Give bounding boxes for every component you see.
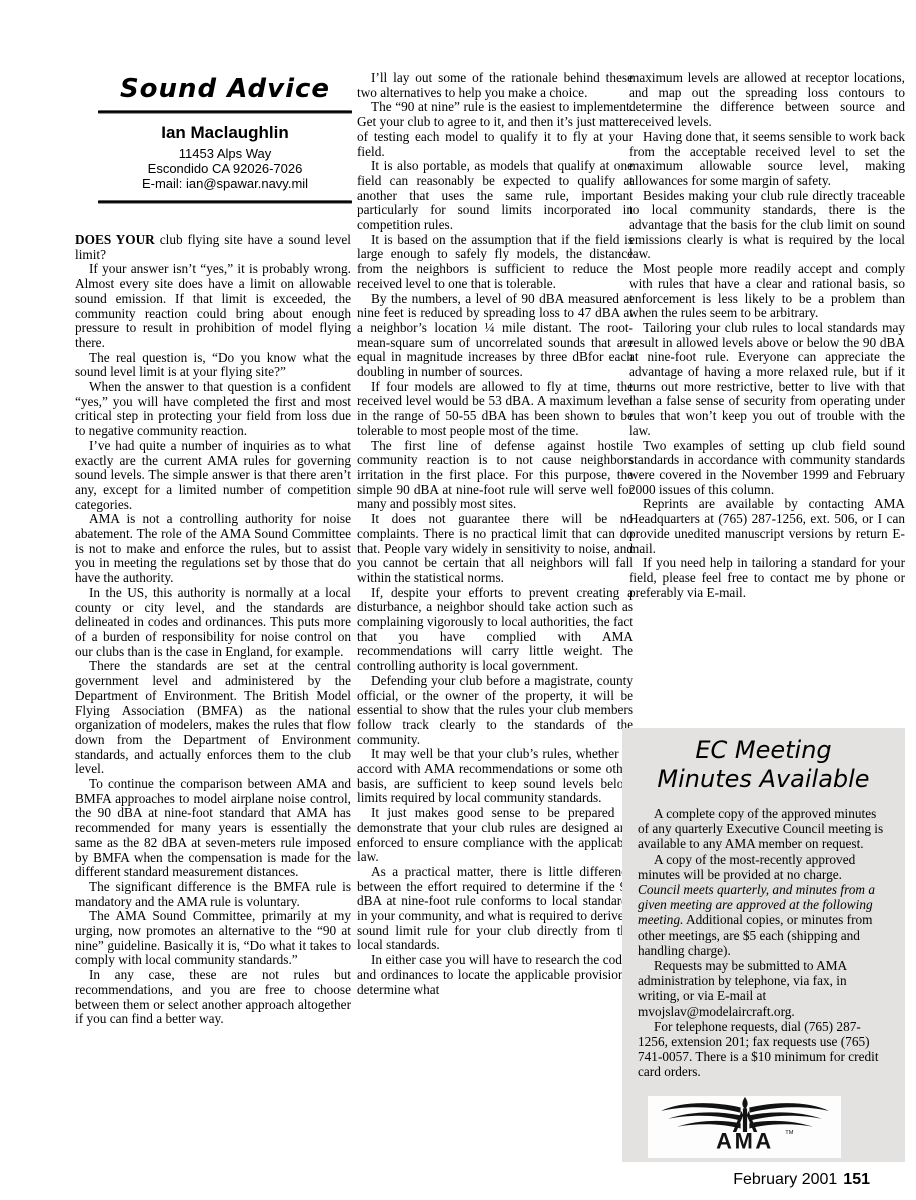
ec-title-line1: EC Meeting	[695, 736, 831, 764]
column-title: Sound Advice	[98, 74, 352, 104]
ec-paragraph-1: A complete copy of the approved minutes …	[638, 806, 887, 852]
masthead-rule-top	[98, 110, 352, 114]
column-3-flow: maximum levels are allowed at receptor l…	[629, 71, 905, 600]
article-paragraph: I’ll lay out some of the rationale behin…	[357, 71, 633, 100]
article-paragraph: Tailoring your club rules to local stand…	[629, 321, 905, 439]
article-paragraph: The AMA Sound Committee, primarily at my…	[75, 909, 351, 968]
ec-title-line2: Minutes Available	[657, 765, 869, 793]
article-paragraph: maximum levels are allowed at receptor l…	[629, 71, 905, 130]
ec-minutes-title: EC Meeting Minutes Available	[622, 736, 905, 794]
article-paragraph: There the standards are set at the centr…	[75, 659, 351, 777]
article-paragraph: If four models are allowed to fly at tim…	[357, 380, 633, 439]
article-column-3: maximum levels are allowed at receptor l…	[629, 71, 905, 600]
article-paragraph: Defending your club before a magistrate,…	[357, 674, 633, 748]
article-paragraph: It is based on the assumption that if th…	[357, 233, 633, 292]
article-paragraph: It just makes good sense to be prepared …	[357, 806, 633, 865]
author-street: 11453 Alps Way	[98, 146, 352, 161]
ec-minutes-body: A complete copy of the approved minutes …	[622, 806, 905, 1080]
article-paragraph: By the numbers, a level of 90 dBA measur…	[357, 292, 633, 380]
article-paragraph: When the answer to that question is a co…	[75, 380, 351, 439]
article-paragraph: To continue the comparison between AMA a…	[75, 777, 351, 880]
article-paragraph: If you need help in tailoring a standard…	[629, 556, 905, 600]
article-column-2: I’ll lay out some of the rationale behin…	[357, 71, 633, 997]
lead-bold-text: DOES YOUR	[75, 232, 155, 247]
ec-paragraph-4: For telephone requests, dial (765) 287-1…	[638, 1019, 887, 1080]
footer-page-number: 151	[843, 1171, 870, 1188]
column-2-flow: I’ll lay out some of the rationale behin…	[357, 71, 633, 997]
ama-wings-logo-icon: AMA TM	[657, 1097, 833, 1158]
ama-logo-tm: TM	[785, 1129, 793, 1135]
article-paragraph: In any case, these are not rules but rec…	[75, 968, 351, 1027]
article-paragraph: In the US, this authority is normally at…	[75, 586, 351, 660]
masthead-rule-bottom	[98, 200, 352, 204]
page-footer: February 2001151	[733, 1171, 870, 1189]
article-paragraph: Having done that, it seems sensible to w…	[629, 130, 905, 189]
article-paragraph: Most people more readily accept and comp…	[629, 262, 905, 321]
ec-minutes-box: EC Meeting Minutes Available A complete …	[622, 728, 905, 1162]
ec-paragraph-3: Requests may be submitted to AMA adminis…	[638, 958, 887, 1019]
magazine-page: Sound Advice Ian Maclaughlin 11453 Alps …	[0, 0, 916, 1200]
author-email: E-mail: ian@spawar.navy.mil	[98, 176, 352, 191]
article-paragraph: As a practical matter, there is little d…	[357, 865, 633, 953]
article-paragraph: If your answer isn’t “yes,” it is probab…	[75, 262, 351, 350]
ec-paragraph-2: A copy of the most-recently approved min…	[638, 852, 887, 958]
author-city: Escondido CA 92026-7026	[98, 161, 352, 176]
article-paragraph: Two examples of setting up club field so…	[629, 439, 905, 498]
article-paragraph: It does not guarantee there will be no c…	[357, 512, 633, 586]
article-paragraph: It may well be that your club’s rules, w…	[357, 747, 633, 806]
article-paragraph: The real question is, “Do you know what …	[75, 351, 351, 380]
article-paragraph: The “90 at nine” rule is the easiest to …	[357, 100, 633, 159]
article-paragraph: In either case you will have to research…	[357, 953, 633, 997]
ec-p2-pre: A copy of the most-recently approved min…	[638, 852, 855, 882]
article-paragraph: The first line of defense against hostil…	[357, 439, 633, 513]
author-name: Ian Maclaughlin	[98, 123, 352, 143]
article-paragraph: AMA is not a controlling authority for n…	[75, 512, 351, 586]
column-1-flow: If your answer isn’t “yes,” it is probab…	[75, 262, 351, 1027]
ama-logo-plate: AMA TM	[648, 1096, 841, 1158]
article-paragraph: Besides making your club rule directly t…	[629, 189, 905, 263]
footer-issue: February 2001	[733, 1171, 837, 1188]
article-paragraph: Reprints are available by contacting AMA…	[629, 497, 905, 556]
article-paragraph: If, despite your efforts to prevent crea…	[357, 586, 633, 674]
article-column-1: DOES YOUR club flying site have a sound …	[75, 233, 351, 1027]
lead-paragraph: DOES YOUR club flying site have a sound …	[75, 233, 351, 262]
article-paragraph: It is also portable, as models that qual…	[357, 159, 633, 233]
article-paragraph: I’ve had quite a number of inquiries as …	[75, 439, 351, 513]
ama-logo-text: AMA	[716, 1128, 774, 1152]
column-masthead: Sound Advice Ian Maclaughlin 11453 Alps …	[98, 74, 352, 204]
article-paragraph: The significant difference is the BMFA r…	[75, 880, 351, 909]
